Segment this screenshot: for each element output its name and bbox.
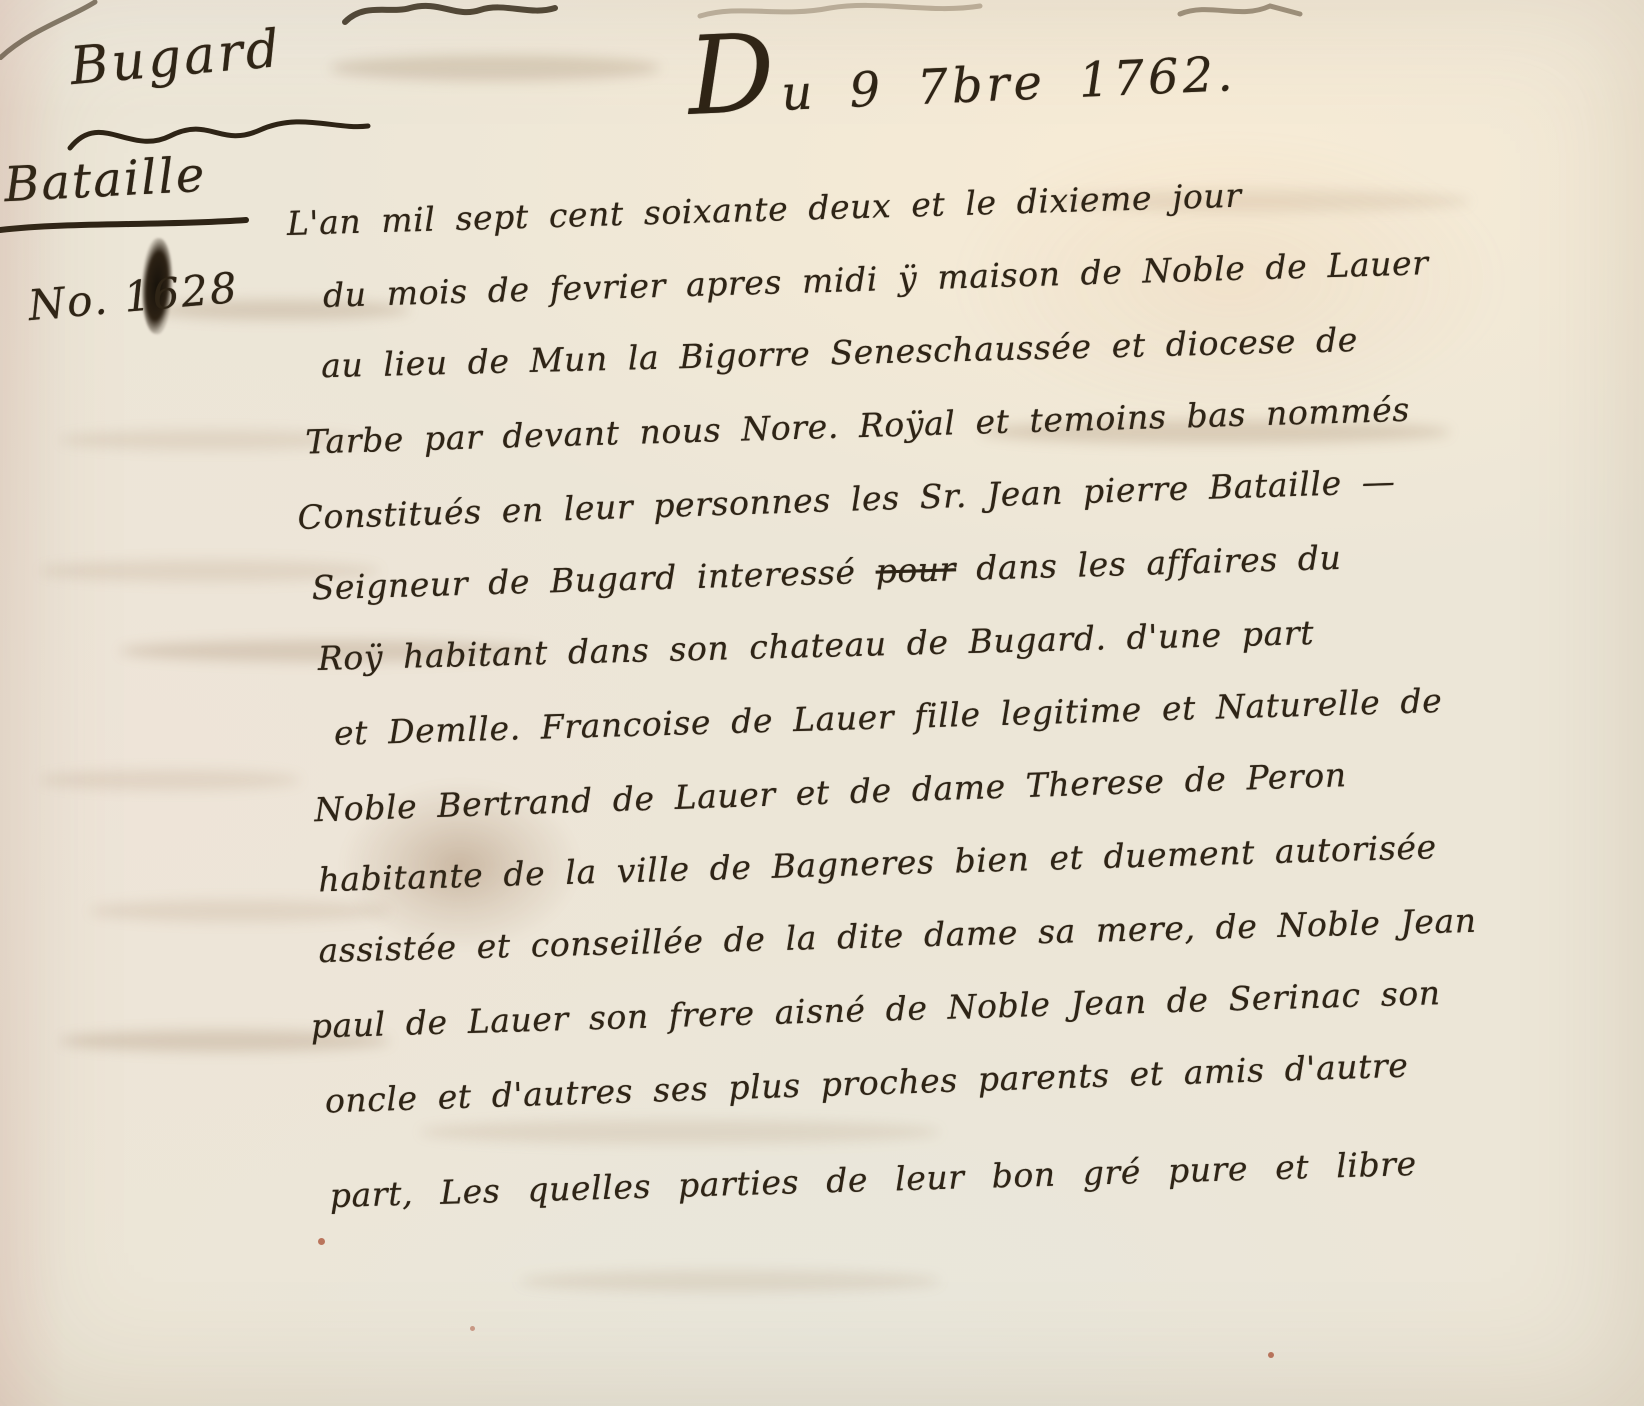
- scan-vignette: [0, 0, 1644, 1406]
